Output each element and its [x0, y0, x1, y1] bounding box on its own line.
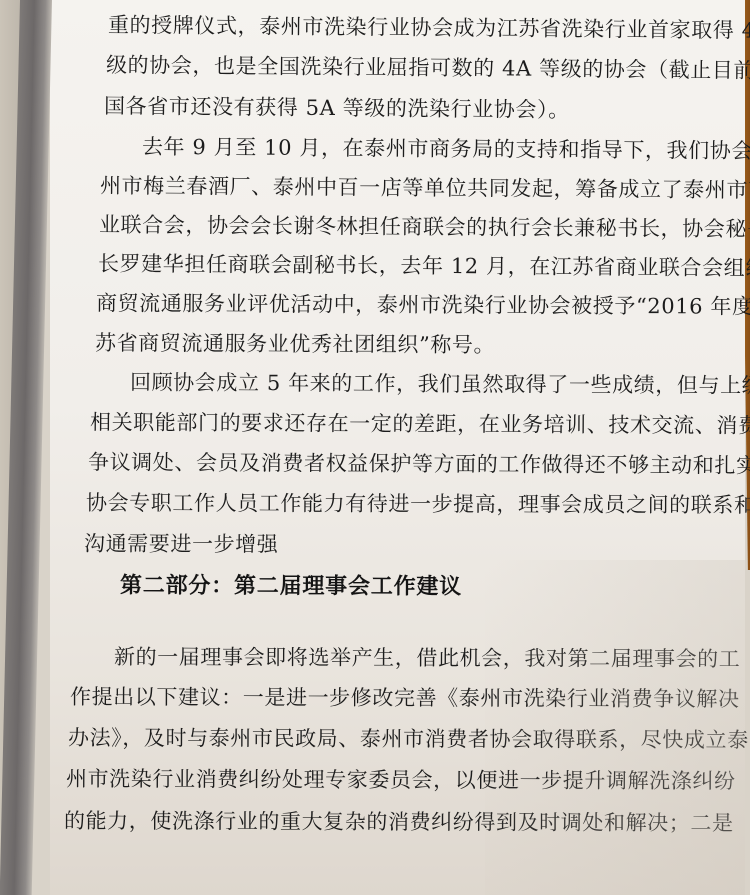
paragraph-2-line-6: 苏省商贸流通服务业优秀社团组织”称号。 — [95, 331, 495, 357]
paragraph-4-line-5: 的能力，使洗涤行业的重大复杂的消费纠纷得到及时调处和解决；二是 — [64, 809, 734, 835]
paragraph-2-line-5: 商贸流通服务业评优活动中，泰州市洗染行业协会被授予“2016 年度江 — [96, 291, 750, 319]
section-heading: 第二部分：第二届理事会工作建议 — [120, 573, 462, 600]
paragraph-3-line-4: 协会专职工作人员工作能力有待进一步提高，理事会成员之间的联系和 — [86, 491, 750, 517]
paragraph-4-line-1: 新的一届理事会即将选举产生，借此机会，我对第二届理事会的工 — [114, 645, 740, 671]
paragraph-2-line-1: 去年 9 月至 10 月，在泰州市商务局的支持和指导下，我们协会与泰 — [142, 135, 750, 164]
paragraph-4-line-4: 州市洗染行业消费纠纷处理专家委员会，以便进一步提升调解洗涤纠纷 — [66, 767, 736, 793]
paragraph-3-line-5: 沟通需要进一步增强 — [84, 532, 278, 557]
paragraph-4-line-2: 作提出以下建议：一是进一步修改完善《泰州市洗染行业消费争议解决 — [70, 685, 740, 711]
paragraph-1-line-1: 重的授牌仪式，泰州市洗染行业协会成为江苏省洗染行业首家取得 4A 等 — [108, 13, 750, 43]
paragraph-1-line-3: 国各省市还没有获得 5A 等级的洗染行业协会）。 — [104, 94, 570, 122]
paragraph-1-line-2: 级的协会，也是全国洗染行业屈指可数的 4A 等级的协会（截止目前，全 — [106, 53, 750, 83]
paragraph-3-line-1: 回顾协会成立 5 年来的工作，我们虽然取得了一些成绩，但与上级 — [130, 370, 750, 397]
paragraph-3-line-3: 争议调处、会员及消费者权益保护等方面的工作做得还不够主动和扎实， — [88, 450, 750, 478]
document-page: 重的授牌仪式，泰州市洗染行业协会成为江苏省洗染行业首家取得 4A 等 级的协会，… — [50, 0, 745, 895]
paragraph-4-line-3: 办法》，及时与泰州市民政局、泰州市消费者协会取得联系，尽快成立泰 — [68, 726, 749, 752]
paragraph-3-line-2: 相关职能部门的要求还存在一定的差距，在业务培训、技术交流、消费 — [90, 410, 750, 438]
paragraph-2-line-4: 长罗建华担任商联会副秘书长，去年 12 月，在江苏省商业联合会组织的 — [98, 252, 750, 281]
paragraph-2-line-3: 业联合会，协会会长谢冬林担任商联会的执行会长兼秘书长，协会秘书 — [99, 213, 750, 242]
paragraph-2-line-2: 州市梅兰春酒厂、泰州中百一店等单位共同发起，筹备成立了泰州市商 — [100, 174, 750, 203]
